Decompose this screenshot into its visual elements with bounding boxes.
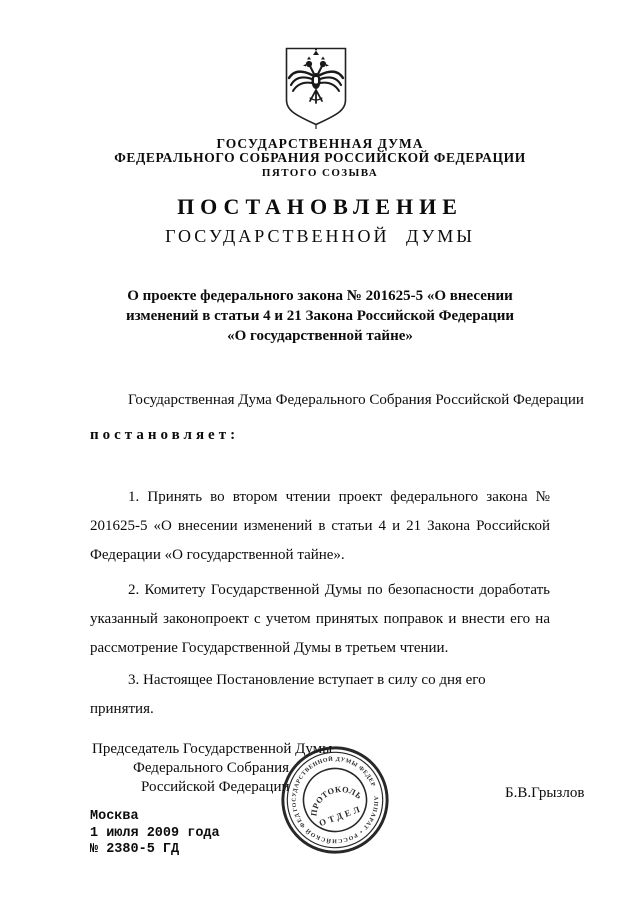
footer-date: 1 июля 2009 года [90, 826, 220, 841]
document-org-heading: ГОСУДАРСТВЕННОЙ ДУМЫ [70, 226, 570, 247]
body-item-2: 2. Комитету Государственной Думы по безо… [90, 576, 550, 663]
document-type-heading: ПОСТАНОВЛЕНИЕ [70, 194, 570, 220]
org-name-line3: ПЯТОГО СОЗЫВА [70, 167, 570, 179]
document-title-line2: изменений в статьи 4 и 21 Закона Российс… [90, 308, 550, 325]
document-title-line3: «О государственной тайне» [90, 328, 550, 345]
body-resolves-word: постановляет: [90, 427, 550, 444]
body-item-1: 1. Принять во втором чтении проект федер… [90, 483, 550, 570]
coat-of-arms-icon [281, 44, 351, 130]
footer-block: Москва 1 июля 2009 года № 2380-5 ГД [90, 809, 220, 859]
signer-name: Б.В.Грызлов [505, 785, 584, 802]
footer-number: № 2380-5 ГД [90, 842, 179, 857]
body-item-3: 3. Настоящее Постановление вступает в си… [90, 666, 550, 724]
document-title-line1: О проекте федерального закона № 201625-5… [90, 288, 550, 305]
stamp-center-word: ОТДЕЛ [318, 803, 364, 828]
org-name-line2: ФЕДЕРАЛЬНОГО СОБРАНИЯ РОССИЙСКОЙ ФЕДЕРАЦ… [70, 150, 570, 166]
body-intro-text: Государственная Дума Федерального Собран… [90, 392, 550, 409]
footer-city: Москва [90, 809, 139, 824]
